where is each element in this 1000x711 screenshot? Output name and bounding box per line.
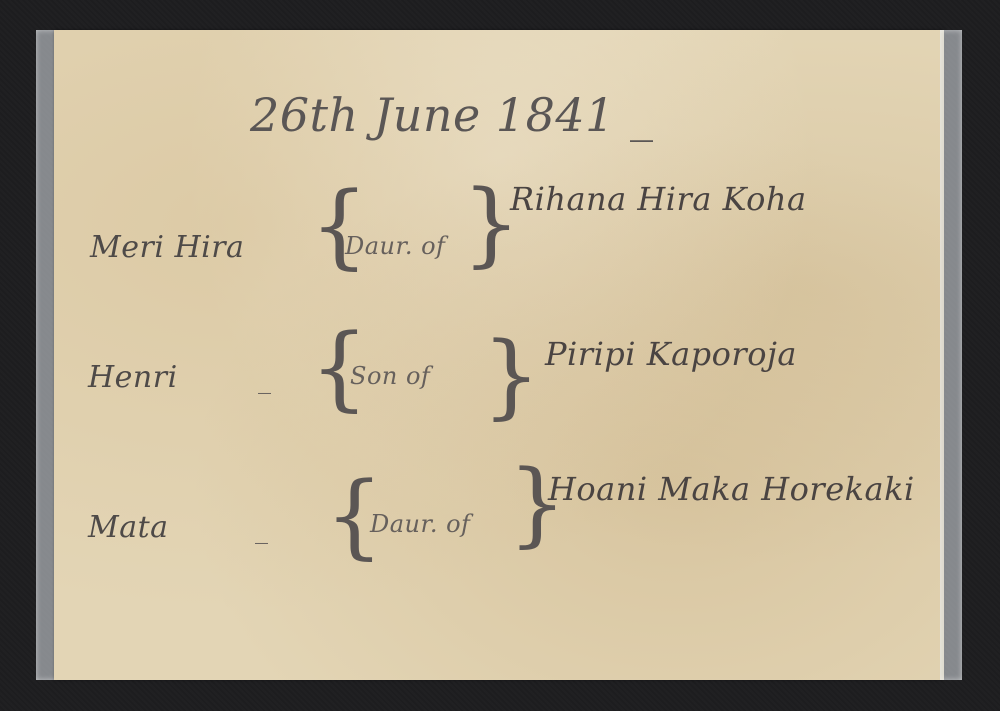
entry-3-name: Mata	[88, 510, 169, 545]
entry-2-dash: _	[258, 365, 272, 395]
entry-1-parent: Rihana Hira Koha	[510, 180, 807, 218]
entry-1-name: Meri Hira	[90, 230, 244, 265]
entry-2-parent: Piripi Kaporoja	[545, 335, 797, 373]
entry-3-parent: Hoani Maka Horekaki	[548, 470, 915, 508]
entry-3-dash: _	[255, 515, 269, 545]
entry-2-brace-close: }	[482, 330, 541, 422]
left-tape-strip	[36, 30, 56, 680]
entry-2-relation: Son of	[350, 362, 430, 390]
right-tape-strip	[940, 30, 962, 680]
entry-2-name: Henri	[88, 360, 178, 395]
document-date: 26th June 1841 _	[250, 88, 654, 142]
entry-1-relation: Daur. of	[345, 232, 445, 260]
entry-3-relation: Daur. of	[370, 510, 470, 538]
